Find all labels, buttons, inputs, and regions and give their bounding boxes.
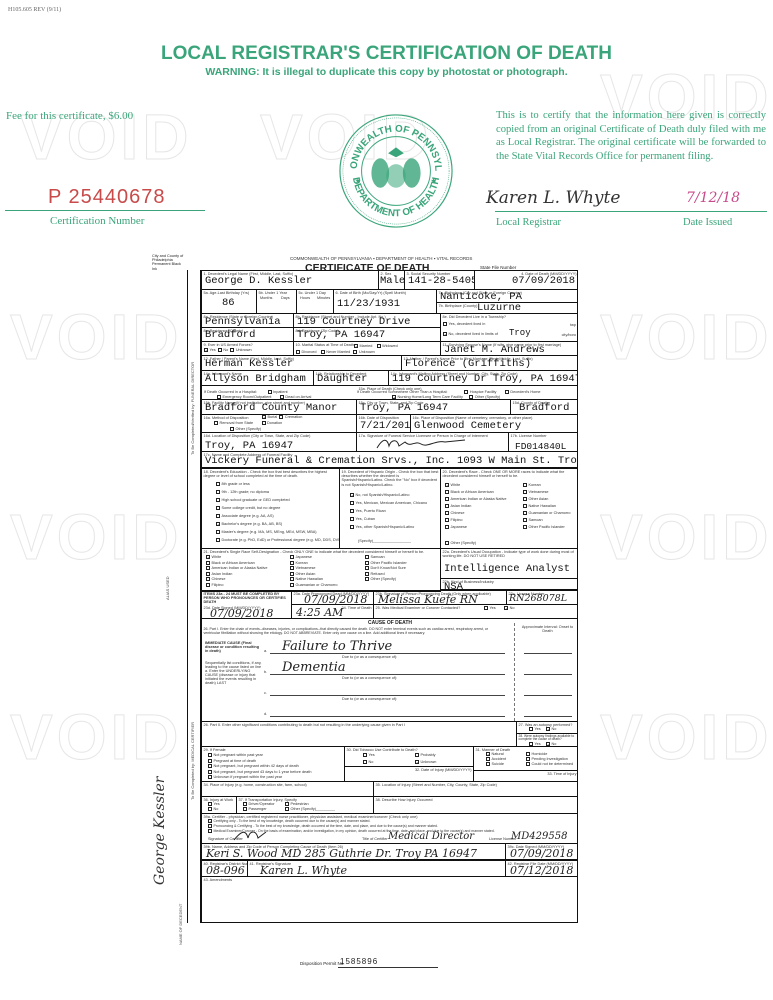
field-transportation-injury: 37. If Transportation Injury, Specify Dr… [237, 797, 374, 814]
decedent-name-side: George Kessler [152, 777, 168, 885]
race-label: American Indian or Alaska Native [451, 497, 507, 501]
field-residence-state: 8a. Residence (State or Foreign Country)… [202, 314, 294, 328]
autopsy-findings-yes-checkbox[interactable] [529, 742, 533, 746]
field-spouse-name: 11. Surviving Spouse's Name (If wife, gi… [441, 342, 578, 356]
education-checkbox[interactable] [216, 530, 220, 534]
field-manner-of-death: 31. Manner of Death Natural Homicide Acc… [474, 747, 578, 771]
hispanic-label: No, not Spanish/Hispanic/Latino [356, 493, 410, 497]
marital-unknown-checkbox[interactable] [353, 350, 357, 354]
hispanic-option: Yes, Puerto Rican [350, 509, 427, 517]
race-label: Vietnamese [529, 490, 549, 494]
document-title: LOCAL REGISTRAR'S CERTIFICATION OF DEATH [0, 43, 773, 65]
race-option: American Indian or Alaska Native [445, 497, 506, 504]
void-watermark: VOID [600, 300, 772, 374]
single-race-label: Other Pacific Islander [371, 561, 407, 565]
field-amendments: 43. Amendments [202, 877, 578, 922]
due-to-label: Due to (or as a consequence of): [342, 655, 397, 659]
field-death-county: 15d. County of DeathBradford [511, 400, 578, 415]
race-checkbox[interactable] [445, 511, 449, 515]
manner-pending-checkbox[interactable] [526, 757, 530, 761]
hispanic-checkbox[interactable] [350, 517, 354, 521]
field-disposition-date: 16b. Date of Disposition7/21/2018 [357, 415, 411, 433]
single-race-option: Filipino [206, 583, 267, 589]
hispanic-label: Yes, Cuban [356, 517, 376, 521]
me-contacted-yes-checkbox[interactable] [484, 606, 488, 610]
cause-line-letter: d. [264, 712, 267, 716]
marital-widowed-checkbox[interactable] [377, 344, 381, 348]
decedent-name-side-label: NAME OF DECEDENT [178, 904, 183, 945]
single-race-checkbox[interactable] [206, 561, 210, 565]
cause-line-value: Dementia [278, 660, 346, 675]
removal-from-state-checkbox[interactable] [214, 421, 218, 425]
field-time-of-injury: 33. Time of Injury [474, 771, 578, 782]
svg-text:★: ★ [355, 177, 361, 185]
driver-checkbox[interactable] [243, 802, 247, 806]
education-option: Master's degree (e.g. MA, MS, MEng, MEd,… [216, 530, 340, 538]
education-checkbox[interactable] [216, 482, 220, 486]
race-option: Samoan [523, 518, 571, 525]
single-race-label: Native Hawaiian [296, 577, 323, 581]
hispanic-label: Yes, Puerto Rican [356, 509, 386, 513]
field-medical-examiner-contacted: 25. Was Medical Examiner or Coroner Cont… [374, 605, 578, 619]
cremation-checkbox[interactable] [279, 415, 283, 419]
race-option: Vietnamese [523, 490, 571, 497]
pedestrian-checkbox[interactable] [285, 802, 289, 806]
field-certifier: 39a. Certifier - physician, certified re… [202, 814, 578, 844]
certification-number-label: Certification Number [50, 215, 144, 227]
svg-text:★: ★ [430, 177, 436, 185]
race-checkbox[interactable] [445, 497, 449, 501]
nursing-home-checkbox[interactable] [392, 395, 396, 399]
field-disposition-location: 16d. Location of Disposition (City or To… [202, 433, 357, 452]
field-registrar-signature: 41. Registrar's SignatureKaren L. Whyte [248, 861, 506, 877]
single-race-label: American Indian or Alaska Native [212, 566, 268, 570]
interval-line [524, 674, 572, 675]
field-funeral-facility: 17c. Name and Complete Address of Funera… [202, 452, 578, 469]
race-checkbox[interactable] [445, 490, 449, 494]
education-label: Associate degree (e.g. AA, AS) [222, 514, 274, 518]
field-certifier-name-address: 39b. Name, Address and Zip Code of Perso… [202, 844, 506, 861]
race-checkbox[interactable] [445, 483, 449, 487]
single-race-checkbox[interactable] [290, 583, 294, 587]
funeral-signature-scribble [375, 436, 475, 450]
field-occupation: 22a. Decedent's Usual Occupation - Indic… [441, 549, 578, 579]
field-township: 8e. Did Decedent Live in a Township? Yes… [441, 314, 578, 342]
manner-homicide-checkbox[interactable] [526, 752, 530, 756]
single-race-checkbox[interactable] [290, 572, 294, 576]
tobacco-yes-checkbox[interactable] [363, 753, 367, 757]
single-race-label: Samoan [371, 555, 385, 559]
field-birthplace-county: 7b. Birthplace (County)Luzurne [437, 303, 578, 314]
race-checkbox[interactable] [523, 490, 527, 494]
field-informant-address: 14c. Informant's Mailing Address (Street… [389, 371, 578, 386]
hispanic-label: Yes, Mexican, Mexican American, Chicano [356, 501, 428, 505]
race-checkbox[interactable] [445, 504, 449, 508]
form-number: H105.605 REV (9/11) [8, 7, 61, 13]
education-checkbox[interactable] [216, 490, 220, 494]
female-status-checkbox[interactable] [208, 770, 212, 774]
race-label: Filipino [451, 518, 463, 522]
single-race-label: Chinese [212, 577, 226, 581]
race-label: Guamanian or Chamorro [529, 511, 571, 515]
hispanic-option: Yes, Mexican, Mexican American, Chicano [350, 501, 427, 509]
manner-undetermined-checkbox[interactable] [526, 762, 530, 766]
field-pronouncer-signature: 23b. Signature of Person Pronouncing Dea… [374, 591, 507, 605]
female-status-checkbox[interactable] [208, 764, 212, 768]
local-registrar-signature: Karen L. Whyte [486, 188, 620, 208]
field-armed-forces: 9. Ever in US Armed Forces? Yes No Unkno… [202, 342, 294, 356]
field-under-1-year: 5b. Under 1 Year MonthsDays [257, 290, 297, 314]
race-checkbox[interactable] [523, 518, 527, 522]
field-industry: 22b. Kind of Business/IndustryNSA [441, 579, 578, 591]
township-no-checkbox[interactable] [443, 332, 447, 336]
education-checkbox[interactable] [216, 514, 220, 518]
me-contacted-no-checkbox[interactable] [504, 606, 508, 610]
race-checkbox[interactable] [523, 497, 527, 501]
race-label: Other Asian [529, 497, 549, 501]
hispanic-checkbox[interactable] [350, 509, 354, 513]
divider [338, 967, 438, 968]
single-race-checkbox[interactable] [206, 572, 210, 576]
field-mother-name: 13. Mother / Parent's Name Prior to Firs… [402, 356, 578, 371]
field-contributing-conditions: 26. Part II. Enter other significant con… [202, 722, 517, 747]
hispanic-option: No, not Spanish/Hispanic/Latino [350, 493, 427, 501]
education-checkbox[interactable] [216, 498, 220, 502]
field-date-of-birth: 6. Date of Birth (Mo/Day/Yr) (Spell Mont… [334, 290, 437, 314]
female-status-label: Not pregnant within past year [214, 753, 263, 757]
svg-text:COMMONWEALTH OF PENNSYLVANIA: COMMONWEALTH OF PENNSYLVANIA [337, 112, 443, 171]
decedents-home-checkbox[interactable] [505, 390, 509, 394]
race-label: Chinese [451, 511, 465, 515]
education-label: 9th - 12th grade; no diploma [222, 490, 270, 494]
education-option: Bachelor's degree (e.g. BA, AB, BS) [216, 522, 340, 530]
race-checkbox[interactable] [523, 504, 527, 508]
cause-line-value: Failure to Thrive [278, 639, 392, 654]
race-checkbox[interactable] [523, 483, 527, 487]
hispanic-checkbox[interactable] [350, 493, 354, 497]
education-label: Bachelor's degree (e.g. BA, AB, BS) [222, 522, 283, 526]
race-label: Samoan [529, 518, 543, 522]
other-place-checkbox[interactable] [469, 395, 473, 399]
field-birthplace-city: 7a. Birthplace (City and State or Foreig… [437, 290, 578, 303]
field-autopsy-findings: 28. Were autopsy findings available to c… [517, 734, 578, 747]
race-option: Korean [523, 483, 571, 490]
education-checkbox[interactable] [216, 506, 220, 510]
race-checkbox[interactable] [445, 525, 449, 529]
single-race-option: Other (Specify) [365, 577, 407, 583]
field-pronouncer-license: 23c. License NumberRN268078L [507, 591, 578, 605]
education-checkbox[interactable] [216, 538, 220, 542]
race-label: Other Pacific Islander [529, 525, 565, 529]
race-option: Other Pacific Islander [523, 525, 571, 532]
single-race-label: Korean [296, 561, 308, 565]
field-cause-of-death: CAUSE OF DEATH 26. Part I. Enter the cha… [202, 619, 578, 722]
cause-line [270, 695, 505, 696]
field-registrar-district: 40. Registrar's District Number08-096 [202, 861, 248, 877]
field-under-1-day: 5c. Under 1 Day HoursMinutes [297, 290, 334, 314]
single-race-label: Refused [371, 572, 385, 576]
race-label: Black or African American [451, 490, 494, 494]
marital-divorced-checkbox[interactable] [296, 350, 300, 354]
inpatient-checkbox[interactable] [268, 390, 272, 394]
armed-forces-yes-checkbox[interactable] [204, 348, 208, 352]
cause-line [270, 653, 505, 654]
field-place-of-injury: 34. Place of Injury (e.g. home, construc… [202, 782, 374, 797]
race-label: Japanese [451, 525, 467, 529]
other-transport-checkbox[interactable] [285, 807, 289, 811]
hispanic-checkbox[interactable] [350, 525, 354, 529]
field-location-of-injury: 35. Location of Injury (Street and Numbe… [374, 782, 578, 797]
race-option: Japanese [445, 525, 506, 532]
female-status-label: Pregnant at time of death [214, 759, 257, 763]
single-race-label: Other (Specify) [371, 577, 397, 581]
single-race-checkbox[interactable] [290, 566, 294, 570]
void-watermark: VOID [600, 500, 772, 574]
dead-on-arrival-checkbox[interactable] [280, 395, 284, 399]
single-race-checkbox[interactable] [206, 555, 210, 559]
field-time-of-death: 24. Time of Death4:25 AM [292, 605, 374, 619]
field-injury-at-work: 36. Injury at Work Yes No [202, 797, 237, 814]
female-status-label: Unknown if pregnant within the past year [214, 775, 283, 779]
single-race-checkbox[interactable] [290, 555, 294, 559]
single-race-label: Japanese [296, 555, 312, 559]
field-registrar-file-date: 42. Registrar File Date (MM/DD/YYYY)07/1… [506, 861, 578, 877]
injury-work-yes-checkbox[interactable] [208, 802, 212, 806]
injury-work-no-checkbox[interactable] [208, 807, 212, 811]
education-label: Master's degree (e.g. MA, MS, MEng, MEd,… [222, 530, 317, 534]
autopsy-yes-checkbox[interactable] [529, 727, 533, 731]
armed-forces-no-checkbox[interactable] [218, 348, 222, 352]
township-yes-checkbox[interactable] [443, 322, 447, 326]
field-disposition-place: 16c. Place of Disposition (Name of cemet… [411, 415, 578, 433]
race-option: White [445, 483, 506, 490]
education-checkbox[interactable] [216, 522, 220, 526]
single-race-checkbox[interactable] [365, 572, 369, 576]
race-option: Other Asian [523, 497, 571, 504]
hispanic-checkbox[interactable] [350, 501, 354, 505]
manner-natural-checkbox[interactable] [486, 752, 490, 756]
single-race-checkbox[interactable] [365, 566, 369, 570]
education-option: 8th grade or less [216, 482, 340, 490]
certification-number: P 25440678 [48, 186, 166, 209]
single-race-checkbox[interactable] [290, 561, 294, 565]
race-label: Korean [529, 483, 541, 487]
hospice-checkbox[interactable] [464, 390, 468, 394]
manner-suicide-checkbox[interactable] [486, 762, 490, 766]
cause-line-letter: b. [264, 670, 267, 674]
field-single-race: 21. Decedent's Single Race Self-Designat… [202, 549, 441, 591]
female-status-option: Unknown if pregnant within the past year [208, 775, 311, 781]
race-option: Filipino [445, 518, 506, 525]
pronouncing-certifying-checkbox[interactable] [208, 824, 212, 828]
void-watermark: VOID [10, 700, 182, 774]
local-registrar-label: Local Registrar [496, 217, 561, 228]
education-option: High school graduate or GED completed [216, 498, 340, 506]
hispanic-option: Yes, Cuban [350, 517, 427, 525]
interval-line [524, 716, 572, 717]
field-funeral-license: 17b. License NumberFD014840L [509, 433, 578, 452]
death-certificate-form: 1. Decedent's Legal Name (First, Middle,… [200, 270, 578, 923]
race-checkbox[interactable] [523, 511, 527, 515]
field-death-city: 15c. City or Town, State, and Zip CodeTr… [357, 400, 511, 415]
single-race-checkbox[interactable] [206, 583, 210, 587]
tobacco-probably-checkbox[interactable] [415, 753, 419, 757]
field-disposition-method: 16a. Method of Disposition Burial Cremat… [202, 415, 357, 433]
education-option: Associate degree (e.g. AA, AS) [216, 514, 340, 522]
female-status-checkbox[interactable] [208, 759, 212, 763]
race-label: White [451, 483, 461, 487]
duplication-warning: WARNING: It is illegal to duplicate this… [0, 66, 773, 78]
tobacco-no-checkbox[interactable] [363, 760, 367, 764]
field-place-of-death: 15a. Place of Death (Check only one) If … [202, 386, 578, 400]
cause-line-letter: c. [264, 691, 267, 695]
field-father-name: 12. Father / Parent's Name (First, Middl… [202, 356, 402, 371]
education-label: Doctorate (e.g. PhD, EdD) or Professiona… [222, 538, 341, 542]
race-label: Asian Indian [451, 504, 472, 508]
marital-never-married-checkbox[interactable] [321, 350, 325, 354]
field-date-signed: 23d. Date Signed (MM/DD/YYYY)07/09/2018 [202, 605, 292, 619]
field-date-of-death: 4. Date of Death (MM/DD/YYYY)07/09/2018 [475, 271, 578, 290]
due-to-label: Due to (or as a consequence of): [342, 676, 397, 680]
alias-used-label: ALIAS USED [165, 576, 170, 600]
divider [495, 211, 767, 212]
certify-statement: This is to certify that the information … [496, 109, 766, 163]
interval-line [524, 695, 572, 696]
race-option: Black or African American [445, 490, 506, 497]
armed-forces-unknown-checkbox[interactable] [230, 348, 234, 352]
single-race-checkbox[interactable] [365, 561, 369, 565]
single-race-label: Black or African American [212, 561, 255, 565]
void-watermark: VOID [10, 300, 182, 374]
field-marital-status: 10. Marital Status at Time of Death Marr… [294, 342, 441, 356]
autopsy-findings-no-checkbox[interactable] [546, 742, 550, 746]
single-race-label: Vietnamese [296, 566, 316, 570]
fee-text: Fee for this certificate, $6.00 [6, 110, 133, 122]
decedent-name: George D. Kessler [202, 276, 378, 287]
field-residence-zip: 8d. Residence (Zip Code)Troy, PA 16947 [294, 328, 441, 342]
field-injury-description: 38. Describe How Injury Occurred [374, 797, 578, 814]
cause-line [270, 674, 505, 675]
certifying-only-checkbox[interactable] [208, 819, 212, 823]
certifier-signature-scribble [232, 828, 272, 842]
hispanic-option: Yes, other Spanish/Hispanic/Latino [350, 525, 427, 533]
funeral-director-section-label: To Be Completed/Verified by: FUNERAL DIR… [190, 362, 195, 455]
single-race-checkbox[interactable] [365, 577, 369, 581]
single-race-label: Don't Know/Not Sure [371, 566, 406, 570]
race-option: Chinese [445, 511, 506, 518]
single-race-label: Asian Indian [212, 572, 233, 576]
emergency-room-checkbox[interactable] [217, 395, 221, 399]
field-informant-name: 14a. Informant's NameAllyson Bridgham [202, 371, 314, 386]
disposition-permit-number: 1585896 [340, 957, 378, 966]
field-race: 20. Decedent's Race - Check ONE OR MORE … [441, 469, 578, 549]
race-checkbox[interactable] [445, 518, 449, 522]
cause-line-letter: a. [264, 649, 267, 653]
field-education: 18. Decedent's Education - Check the box… [202, 469, 340, 549]
race-checkbox[interactable] [523, 525, 527, 529]
medical-examiner-checkbox[interactable] [208, 829, 212, 833]
void-watermark: VOID [10, 500, 182, 574]
education-option: Some college credit, but no degree [216, 506, 340, 514]
hispanic-label: Yes, other Spanish/Hispanic/Latino [356, 525, 415, 529]
field-tobacco: 30. Did Tobacco Use Contribute to Death?… [345, 747, 474, 767]
single-race-checkbox[interactable] [206, 566, 210, 570]
field-date-of-injury: 32. Date of Injury (MM/DD/YYYY) [345, 767, 474, 782]
single-race-checkbox[interactable] [365, 555, 369, 559]
education-option: 9th - 12th grade; no diploma [216, 490, 340, 498]
burial-checkbox[interactable] [262, 415, 266, 419]
field-facility-name: 15b. Facility Name (If not institution, … [202, 400, 357, 415]
tobacco-unknown-checkbox[interactable] [415, 760, 419, 764]
race-label: Native Hawaiian [529, 504, 556, 508]
field-residence-county: 8c. Residence (County)Bradford [202, 328, 294, 342]
single-race-label: White [212, 555, 222, 559]
other-disposition-checkbox[interactable] [230, 427, 234, 431]
date-issued-value: 7/12/18 [686, 190, 740, 206]
due-to-label: Due to (or as a consequence of): [342, 697, 397, 701]
education-label: 8th grade or less [222, 482, 250, 486]
interval-line [524, 653, 572, 654]
single-race-label: Guamanian or Chamorro [296, 583, 338, 587]
disposition-permit-label: Disposition Permit No. [300, 961, 345, 966]
marital-married-checkbox[interactable] [354, 344, 358, 348]
field-ssn: 3. Social Security Number141-28-5405 [405, 271, 475, 290]
field-residence-street: 8b. Residence (Street and Number - Inclu… [294, 314, 441, 328]
ink-instruction: City and County of Philadelphia Permanen… [152, 254, 186, 271]
department-line: COMMONWEALTH OF PENNSYLVANIA ▪ DEPARTMEN… [290, 256, 472, 261]
donation-checkbox[interactable] [262, 421, 266, 425]
autopsy-no-checkbox[interactable] [546, 727, 550, 731]
divider [5, 210, 205, 211]
female-status-label: Not pregnant, but pregnant within 42 day… [214, 764, 299, 768]
medical-certifier-section-label: To Be Completed by: MEDICAL CERTIFIER [190, 722, 195, 800]
race-option: Native Hawaiian [523, 504, 571, 511]
field-sex: 2. SexMale [379, 271, 405, 290]
field-hispanic-origin: 19. Decedent of Hispanic Origin - Check … [340, 469, 441, 549]
cause-line [270, 716, 505, 717]
pennsylvania-seal-icon: COMMONWEALTH OF PENNSYLVANIA DEPARTMENT … [337, 112, 455, 230]
education-label: Some college credit, but no degree [222, 506, 281, 510]
race-option: Guamanian or Chamorro [523, 511, 571, 518]
female-status-checkbox[interactable] [208, 775, 212, 779]
field-informant-relationship: 14b. Relationship to DecedentDaughter [314, 371, 389, 386]
void-watermark: VOID [600, 700, 772, 774]
date-issued-label: Date Issued [683, 217, 732, 228]
field-funeral-signature: 17a. Signature of Funeral Service Licens… [357, 433, 509, 452]
passenger-checkbox[interactable] [243, 807, 247, 811]
single-race-label: Other Asian [296, 572, 316, 576]
field-if-female: 29. If Female Not pregnant within past y… [202, 747, 345, 782]
race-option: Asian Indian [445, 504, 506, 511]
single-race-checkbox[interactable] [206, 577, 210, 581]
female-status-label: Not pregnant, but pregnant 43 days to 1 … [214, 770, 312, 774]
field-certifier-date-signed: 39c. Date Signed (MM/DD/YYYY)07/09/2018 [506, 844, 578, 861]
field-decedent-name: 1. Decedent's Legal Name (First, Middle,… [202, 271, 379, 290]
education-label: High school graduate or GED completed [222, 498, 290, 502]
single-race-label: Filipino [212, 583, 224, 587]
female-status-checkbox[interactable] [208, 753, 212, 757]
manner-accident-checkbox[interactable] [486, 757, 490, 761]
field-date-pronounced: 23a. Date Pronounced Dead (MM/DD/YYYY)07… [292, 591, 374, 605]
single-race-checkbox[interactable] [290, 577, 294, 581]
field-age: 5a. Age-Last Birthday (Yrs)86 [202, 290, 257, 314]
single-race-option: Guamanian or Chamorro [290, 583, 338, 589]
field-autopsy-performed: 27. Was an autopsy performed? Yes No [517, 722, 578, 734]
education-option: Doctorate (e.g. PhD, EdD) or Professiona… [216, 538, 340, 546]
race-other-checkbox[interactable] [445, 541, 449, 545]
